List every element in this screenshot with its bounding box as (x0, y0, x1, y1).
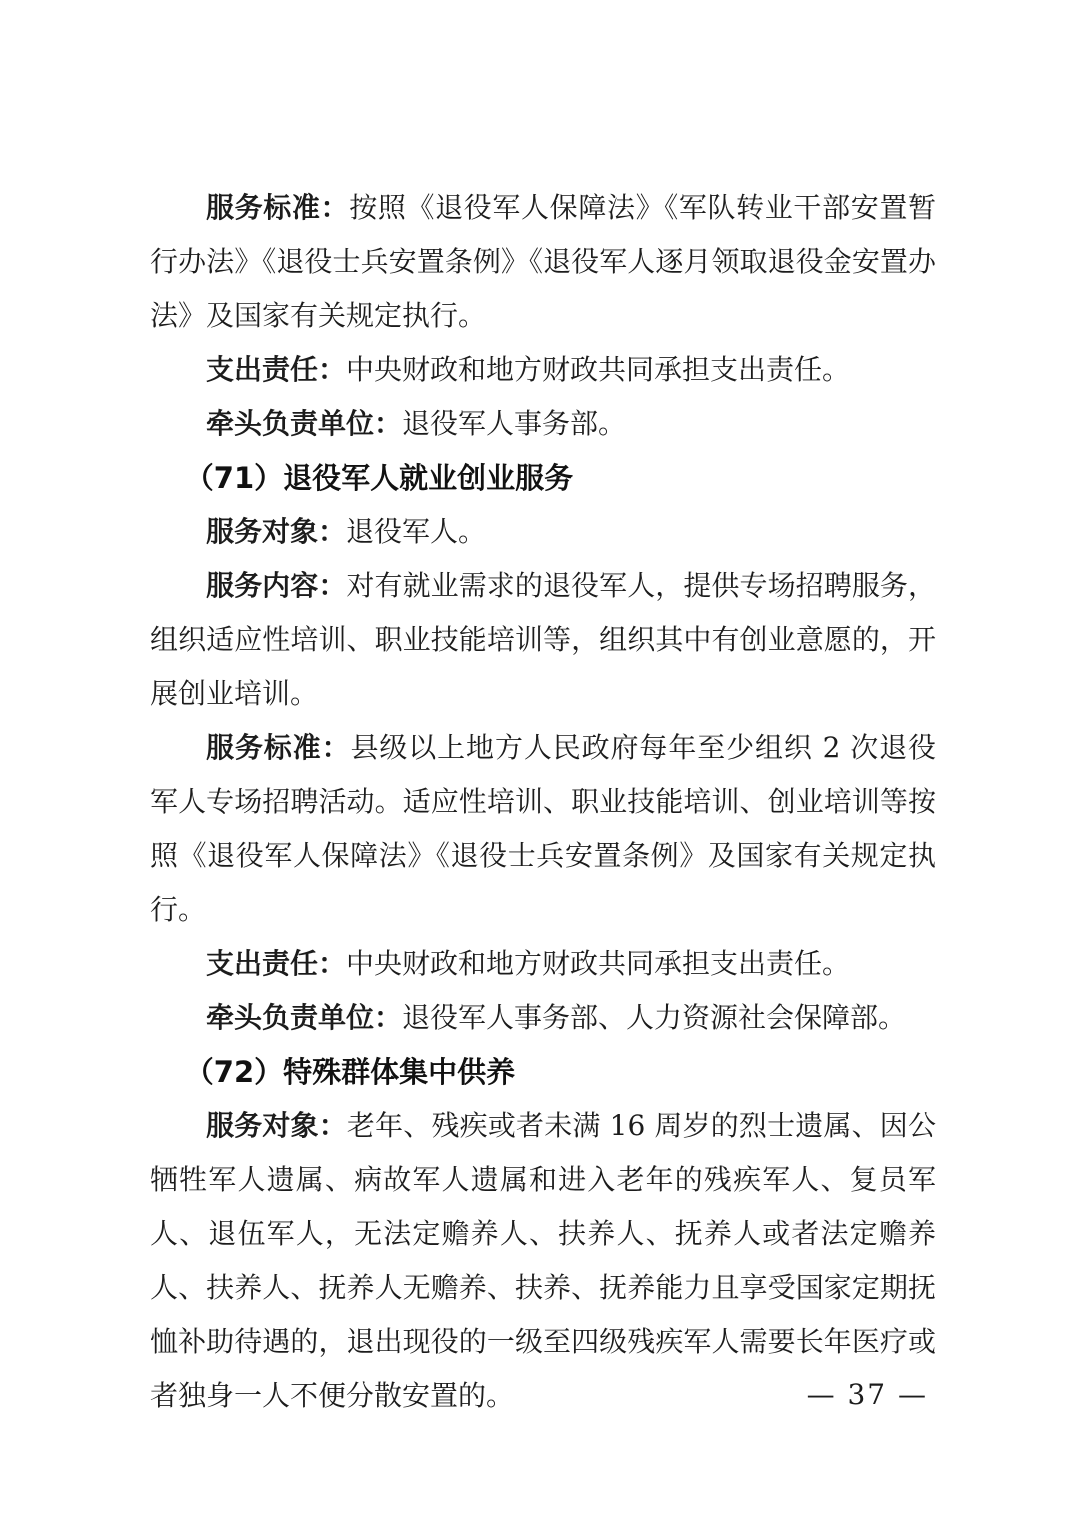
document-page: 服务标准：按照《退役军人保障法》《军队转业干部安置暂行办法》《退役士兵安置条例》… (0, 0, 1074, 1520)
paragraph-label: 服务标准： (206, 191, 349, 224)
paragraph: 服务标准：按照《退役军人保障法》《军队转业干部安置暂行办法》《退役士兵安置条例》… (150, 181, 936, 343)
paragraph-label: 服务对象： (206, 515, 346, 548)
paragraph-label: 牵头负责单位： (206, 1001, 402, 1034)
paragraph: 牵头负责单位：退役军人事务部。 (150, 397, 936, 451)
paragraph-text: 中央财政和地方财政共同承担支出责任。 (346, 353, 850, 386)
paragraph-label: 支出责任： (206, 353, 346, 386)
paragraph-text: 退役军人。 (346, 515, 486, 548)
paragraph: 服务标准：县级以上地方人民政府每年至少组织 2 次退役军人专场招聘活动。适应性培… (150, 721, 936, 937)
paragraph-text: 退役军人事务部。 (402, 407, 626, 440)
paragraph: 服务对象：老年、残疾或者未满 16 周岁的烈士遗属、因公牺牲军人遗属、病故军人遗… (150, 1099, 936, 1423)
paragraph-label: 服务内容： (206, 569, 346, 602)
paragraph: 牵头负责单位：退役军人事务部、人力资源社会保障部。 (150, 991, 936, 1045)
section-heading-72: （72）特殊群体集中供养 (150, 1045, 936, 1099)
paragraph-label: 服务标准： (206, 731, 350, 764)
page-number: — 37 — (807, 1378, 928, 1412)
paragraph-label: 服务对象： (206, 1109, 347, 1142)
paragraph: 服务内容：对有就业需求的退役军人，提供专场招聘服务，组织适应性培训、职业技能培训… (150, 559, 936, 721)
paragraph-text: 中央财政和地方财政共同承担支出责任。 (346, 947, 850, 980)
paragraph-text: 退役军人事务部、人力资源社会保障部。 (402, 1001, 906, 1034)
paragraph: 支出责任：中央财政和地方财政共同承担支出责任。 (150, 937, 936, 991)
paragraph: 服务对象：退役军人。 (150, 505, 936, 559)
document-body: 服务标准：按照《退役军人保障法》《军队转业干部安置暂行办法》《退役士兵安置条例》… (150, 181, 936, 1423)
paragraph-label: 牵头负责单位： (206, 407, 402, 440)
paragraph-text: 老年、残疾或者未满 16 周岁的烈士遗属、因公牺牲军人遗属、病故军人遗属和进入老… (150, 1109, 936, 1412)
section-heading-71: （71）退役军人就业创业服务 (150, 451, 936, 505)
paragraph-label: 支出责任： (206, 947, 346, 980)
paragraph: 支出责任：中央财政和地方财政共同承担支出责任。 (150, 343, 936, 397)
